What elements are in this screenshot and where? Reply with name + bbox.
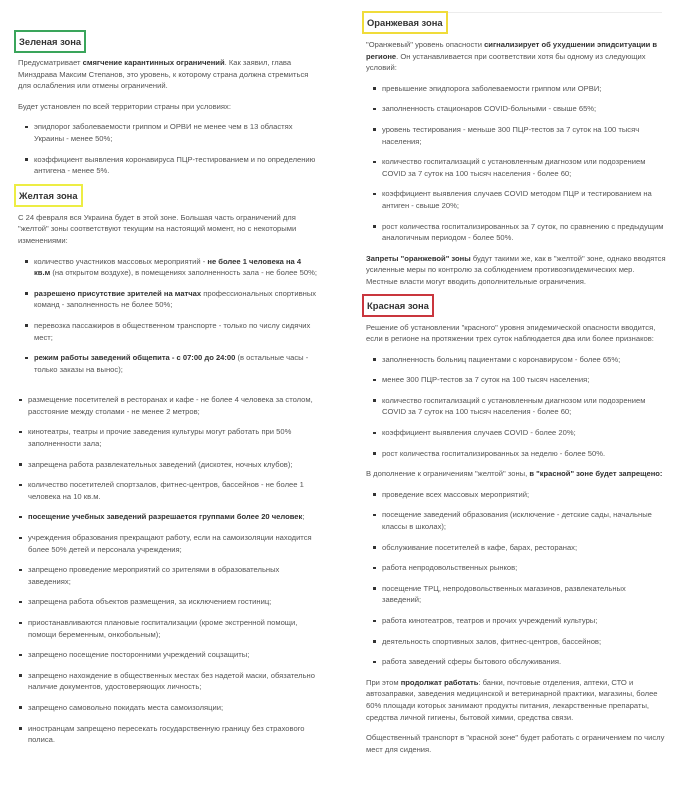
text: . Он устанавливается при соответствии хо… bbox=[366, 52, 646, 73]
list-item: проведение всех массовых мероприятий; bbox=[366, 489, 666, 501]
list-item: рост количества госпитализированных за н… bbox=[366, 448, 666, 460]
text: запрещено проведение мероприятий со зрит… bbox=[28, 565, 279, 586]
text: учреждения образования прекращают работу… bbox=[28, 533, 312, 554]
red-zone-transport: Общественный транспорт в "красной зоне" … bbox=[366, 732, 666, 755]
list-item: заполненность стационаров COVID-больными… bbox=[366, 103, 666, 115]
list-item: режим работы заведений общепита - с 07:0… bbox=[18, 352, 318, 375]
left-column: Зеленая зона Предусматривает смягчение к… bbox=[18, 0, 318, 746]
yellow-zone-intro: С 24 февраля вся Украина будет в этой зо… bbox=[18, 212, 318, 247]
list-item: эпидпорог заболеваемости гриппом и ОРВИ … bbox=[18, 121, 318, 144]
text: В дополнение к ограничениям "желтой" зон… bbox=[366, 469, 529, 478]
list-item: обслуживание посетителей в кафе, барах, … bbox=[366, 542, 666, 554]
list-item: посещение заведений образования (исключе… bbox=[366, 509, 666, 532]
red-zone-bans: проведение всех массовых мероприятий; по… bbox=[366, 489, 666, 668]
spacer bbox=[18, 375, 318, 385]
list-item: заполненность больниц пациентами с корон… bbox=[366, 354, 666, 366]
list-item: запрещено самовольно покидать места само… bbox=[18, 702, 318, 714]
bold-text: разрешено присутствие зрителей на матчах bbox=[34, 289, 201, 298]
yellow-zone-rules: размещение посетителей в ресторанах и ка… bbox=[18, 394, 318, 745]
list-item: посещение ТРЦ, непродовольственных магаз… bbox=[366, 583, 666, 606]
list-item: количество госпитализаций с установленны… bbox=[366, 156, 666, 179]
list-item: запрещено проведение мероприятий со зрит… bbox=[18, 564, 318, 587]
list-item: запрещено посещение посторонними учрежде… bbox=[18, 649, 318, 661]
bold-text: продолжат работать bbox=[401, 678, 479, 687]
green-zone-title: Зеленая зона bbox=[14, 30, 86, 53]
list-item: менее 300 ПЦР-тестов за 7 суток на 100 т… bbox=[366, 374, 666, 386]
text: запрещено нахождение в общественных мест… bbox=[28, 671, 315, 692]
list-item: работа заведений сферы бытового обслужив… bbox=[366, 656, 666, 668]
bold-text: Запреты "оранжевой" зоны bbox=[366, 254, 471, 263]
text: запрещено посещение посторонними учрежде… bbox=[28, 650, 249, 659]
list-item: посещение учебных заведений разрешается … bbox=[18, 511, 318, 523]
text: запрещено самовольно покидать места само… bbox=[28, 703, 223, 712]
green-zone-conditions-intro: Будет установлен по всей территории стра… bbox=[18, 101, 318, 113]
right-column: Оранжевая зона "Оранжевый" уровень опасн… bbox=[366, 0, 666, 755]
red-zone-intro: Решение об установлении "красного" уровн… bbox=[366, 322, 666, 345]
list-item: коэффициент выявления коронавируса ПЦР-т… bbox=[18, 154, 318, 177]
yellow-zone-changes: количество участников массовых мероприят… bbox=[18, 256, 318, 376]
list-item: размещение посетителей в ресторанах и ка… bbox=[18, 394, 318, 417]
yellow-zone-title: Желтая зона bbox=[14, 184, 83, 207]
text: кинотеатры, театры и прочие заведения ку… bbox=[28, 427, 291, 448]
text: Предусматривает bbox=[18, 58, 83, 67]
list-item: коэффициент выявления случаев COVID - бо… bbox=[366, 427, 666, 439]
list-item: работа кинотеатров, театров и прочих учр… bbox=[366, 615, 666, 627]
list-item: приостанавливаются плановые госпитализац… bbox=[18, 617, 318, 640]
orange-zone-intro: "Оранжевый" уровень опасности сигнализир… bbox=[366, 39, 666, 74]
orange-zone-title: Оранжевая зона bbox=[362, 11, 448, 34]
orange-zone-outro: Запреты "оранжевой" зоны будут такими же… bbox=[366, 253, 666, 288]
list-item: перевозка пассажиров в общественном тран… bbox=[18, 320, 318, 343]
yellow-zone-section: Желтая зона С 24 февраля вся Украина буд… bbox=[18, 184, 318, 746]
bold-text: смягчение карантинных ограничений bbox=[83, 58, 225, 67]
text: При этом bbox=[366, 678, 401, 687]
text: иностранцам запрещено пересекать государ… bbox=[28, 724, 305, 745]
red-zone-title: Красная зона bbox=[362, 294, 434, 317]
list-item: работа непродовольственных рынков; bbox=[366, 562, 666, 574]
list-item: деятельность спортивных залов, фитнес-це… bbox=[366, 636, 666, 648]
list-item: рост количества госпитализированных за 7… bbox=[366, 221, 666, 244]
text: количество посетителей спортзалов, фитне… bbox=[28, 480, 304, 501]
list-item: уровень тестирования - меньше 300 ПЦР-те… bbox=[366, 124, 666, 147]
text: ; bbox=[302, 512, 304, 521]
red-zone-continue: При этом продолжат работать: банки, почт… bbox=[366, 677, 666, 723]
text: "Оранжевый" уровень опасности bbox=[366, 40, 484, 49]
bold-text: в "красной" зоне будет запрещено: bbox=[529, 469, 662, 478]
text: количество участников массовых мероприят… bbox=[34, 257, 207, 266]
orange-zone-section: Оранжевая зона "Оранжевый" уровень опасн… bbox=[366, 11, 666, 288]
text: размещение посетителей в ресторанах и ка… bbox=[28, 395, 313, 416]
list-item: количество госпитализаций с установленны… bbox=[366, 395, 666, 418]
list-item: запрещена работа объектов размещения, за… bbox=[18, 596, 318, 608]
list-item: иностранцам запрещено пересекать государ… bbox=[18, 723, 318, 746]
list-item: запрещено нахождение в общественных мест… bbox=[18, 670, 318, 693]
orange-zone-conditions: превышение эпидпорога заболеваемости гри… bbox=[366, 83, 666, 244]
list-item: разрешено присутствие зрителей на матчах… bbox=[18, 288, 318, 311]
green-zone-intro: Предусматривает смягчение карантинных ог… bbox=[18, 57, 318, 92]
list-item: коэффициент выявления случаев COVID мето… bbox=[366, 188, 666, 211]
red-zone-conditions: заполненность больниц пациентами с корон… bbox=[366, 354, 666, 460]
list-item: количество посетителей спортзалов, фитне… bbox=[18, 479, 318, 502]
green-zone-section: Зеленая зона Предусматривает смягчение к… bbox=[18, 30, 318, 177]
text: приостанавливаются плановые госпитализац… bbox=[28, 618, 297, 639]
list-item: количество участников массовых мероприят… bbox=[18, 256, 318, 279]
list-item: учреждения образования прекращают работу… bbox=[18, 532, 318, 555]
bold-text: режим работы заведений общепита - с 07:0… bbox=[34, 353, 235, 362]
text: (на открытом воздухе), в помещениях запо… bbox=[50, 268, 317, 277]
green-zone-conditions: эпидпорог заболеваемости гриппом и ОРВИ … bbox=[18, 121, 318, 176]
list-item: превышение эпидпорога заболеваемости гри… bbox=[366, 83, 666, 95]
red-zone-bans-intro: В дополнение к ограничениям "желтой" зон… bbox=[366, 468, 666, 480]
text: перевозка пассажиров в общественном тран… bbox=[34, 321, 310, 342]
list-item: запрещена работа развлекательных заведен… bbox=[18, 459, 318, 471]
bold-text: посещение учебных заведений разрешается … bbox=[28, 512, 302, 521]
text: запрещена работа развлекательных заведен… bbox=[28, 460, 292, 469]
list-item: кинотеатры, театры и прочие заведения ку… bbox=[18, 426, 318, 449]
text: запрещена работа объектов размещения, за… bbox=[28, 597, 271, 606]
red-zone-section: Красная зона Решение об установлении "кр… bbox=[366, 294, 666, 756]
